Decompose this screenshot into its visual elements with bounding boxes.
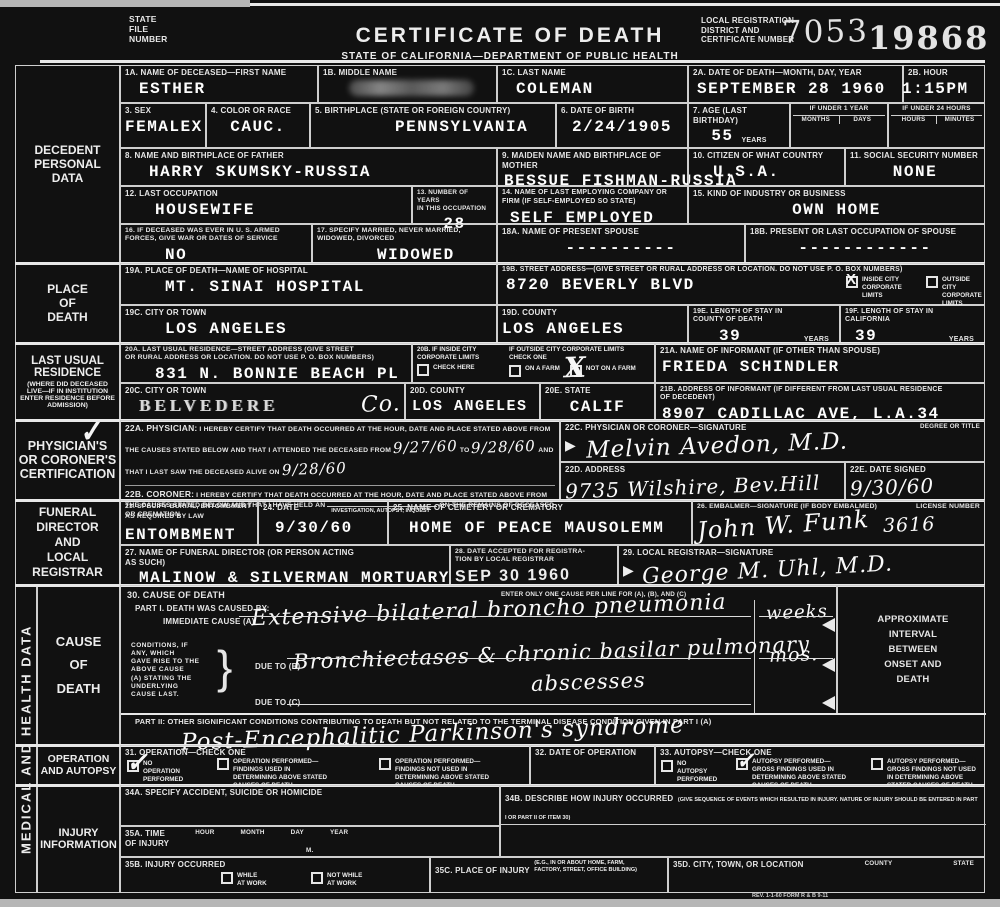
state-label: STATE <box>953 860 974 870</box>
field-21a-value: FRIEDA SCHINDLER <box>660 358 980 376</box>
registration-district-number: 7053 <box>782 13 870 51</box>
field-26-embalmer: 26. EMBALMER—SIGNATURE (IF BODY EMBALMED… <box>692 500 985 545</box>
field-19a-value: MT. SINAI HOSPITAL <box>125 278 492 296</box>
field-34b-how-injury-occurred: 34B. DESCRIBE HOW INJURY OCCURRED (GIVE … <box>500 785 985 857</box>
field-2b-value: 1:15PM <box>902 80 980 98</box>
month-label: MONTH <box>241 829 265 848</box>
not-while-at-work-group: NOT WHILE AT WORK <box>311 872 362 888</box>
field-20d-value: LOS ANGELES <box>410 398 535 415</box>
field-19b-street-address: 19B. STREET ADDRESS—(GIVE STREET OR RURA… <box>497 263 985 305</box>
field-28-date-accepted: 28. DATE ACCEPTED FOR REGISTRA- TION BY … <box>450 545 618 585</box>
field-1a-label: 1A. NAME OF DECEASED—FIRST NAME <box>125 68 313 78</box>
field-13-years-occupation: 13. NUMBER OF YEARS IN THIS OCCUPATION 2… <box>412 186 497 224</box>
field-2a-value: SEPTEMBER 28 1960 <box>693 80 898 98</box>
no-autopsy-checkbox <box>661 760 673 772</box>
handwritten-co: Co. <box>361 391 402 417</box>
field-21a-label: 21A. NAME OF INFORMANT (IF OTHER THAN SP… <box>660 346 980 356</box>
while-at-work-group: WHILE AT WORK <box>221 872 267 888</box>
field-35c-place-of-injury: 35C. PLACE OF INJURY (E.G., IN OR ABOUT … <box>430 857 668 893</box>
months-label: MONTHS <box>793 116 840 124</box>
year-label: YEAR <box>330 829 348 848</box>
cause-a-interval-line <box>759 616 833 617</box>
state-file-number-label: STATE FILE NUMBER <box>125 12 205 47</box>
field-30-cause-of-death: 30. CAUSE OF DEATH ENTER ONLY ONE CAUSE … <box>120 585 985 745</box>
field-34a-label: 34A. SPECIFY ACCIDENT, SUICIDE OR HOMICI… <box>125 788 495 798</box>
field-8-father: 8. NAME AND BIRTHPLACE OF FATHER HARRY S… <box>120 148 497 186</box>
embalmer-signature: John W. Funk <box>696 506 870 546</box>
field-31-operation: 31. OPERATION—CHECK ONE ✓ NO OPERATION P… <box>120 745 530 785</box>
field-19d-county: 19D. COUNTY LOS ANGELES <box>497 305 688 343</box>
sidebar-injury-information: INJURY INFORMATION <box>37 785 120 893</box>
on-a-farm-group: ON A FARM <box>509 365 560 377</box>
cause-a-interval: weeks <box>766 601 829 624</box>
field-19e-stay-county: 19E. LENGTH OF STAY IN COUNTY OF DEATH 3… <box>688 305 840 343</box>
field-11-ssn: 11. SOCIAL SECURITY NUMBER NONE <box>845 148 985 186</box>
field-19b-value: 8720 BEVERLY BLVD <box>502 276 980 294</box>
field-10-citizen: 10. CITIZEN OF WHAT COUNTRY U.S.A. <box>688 148 845 186</box>
field-21b-informant-address: 21B. ADDRESS OF INFORMANT (IF DIFFERENT … <box>655 383 985 420</box>
field-5-birthplace: 5. BIRTHPLACE (STATE OR FOREIGN COUNTRY)… <box>310 103 556 148</box>
on-a-farm-label: ON A FARM <box>525 365 560 373</box>
inside-city-checkbox-group: X INSIDE CITY CORPORATE LIMITS <box>846 276 902 300</box>
check-mark-icon: ✓ <box>125 748 149 779</box>
field-if-under-24-hours: IF UNDER 24 HOURS HOURS MINUTES <box>888 103 985 148</box>
to-label: TO <box>460 447 470 454</box>
part1-label: PART I. DEATH WAS CAUSED BY: <box>135 604 270 614</box>
field-17-label: 17. SPECIFY MARRIED, NEVER MARRIED, WIDO… <box>317 227 492 244</box>
field-34a-accident-type: 34A. SPECIFY ACCIDENT, SUICIDE OR HOMICI… <box>120 785 500 826</box>
field-35b-label: 35B. INJURY OCCURRED <box>125 860 425 870</box>
not-on-a-farm-label: NOT ON A FARM <box>586 365 636 373</box>
field-12-value: HOUSEWIFE <box>125 201 407 219</box>
field-19f-stay-california: 19F. LENGTH OF STAY IN CALIFORNIA 39 YEA… <box>840 305 985 343</box>
inside-city-checkbox: X <box>846 276 858 288</box>
cause-a-handwriting: Extensive bilateral broncho pneumonia <box>251 590 727 632</box>
under-1-year-label: IF UNDER 1 YEAR <box>793 105 885 113</box>
form-revision-footer: REV. 1-1-60 FORM R & B 9-11 <box>752 893 828 900</box>
sidebar-last-usual-residence: LAST USUAL RESIDENCE (WHERE DID DECEASED… <box>15 343 120 420</box>
field-20d-label: 20D. COUNTY <box>410 386 535 396</box>
cause-b-interval-line <box>759 658 833 659</box>
check-here-checkbox <box>417 364 429 376</box>
field-1b-middle-name: 1B. MIDDLE NAME <box>318 65 497 103</box>
brace-icon: } <box>217 640 232 694</box>
field-24-label: 24. DATE <box>263 503 383 513</box>
field-19f-label: 19F. LENGTH OF STAY IN CALIFORNIA <box>845 308 980 325</box>
field-7-label: 7. AGE (LAST BIRTHDAY) <box>693 106 785 125</box>
field-23-label: 23. SPECIFY BURIAL, ENTOMBMENT OR CREMAT… <box>125 503 253 520</box>
field-10-value: U.S.A. <box>693 163 840 181</box>
field-2a-date-of-death: 2A. DATE OF DEATH—MONTH, DAY, YEAR SEPTE… <box>688 65 903 103</box>
cause-c-line <box>287 704 751 705</box>
field-6-label: 6. DATE OF BIRTH <box>561 106 683 116</box>
field-19d-label: 19D. COUNTY <box>502 308 683 318</box>
residence-title: LAST USUAL RESIDENCE <box>20 355 115 379</box>
title-text: CERTIFICATE OF DEATH <box>324 24 696 48</box>
autopsy-findings-used-checkbox: ✓ <box>736 758 748 770</box>
field-4-color-or-race: 4. COLOR OR RACE CAUC. <box>206 103 310 148</box>
field-4-label: 4. COLOR OR RACE <box>211 106 305 116</box>
field-11-value: NONE <box>850 163 980 181</box>
field-11-label: 11. SOCIAL SECURITY NUMBER <box>850 151 980 161</box>
field-3-value: FEMALEX <box>125 118 201 136</box>
physician-signature: Melvin Avedon, M.D. <box>585 428 848 463</box>
sidebar-place-of-death: PLACE OF DEATH <box>15 263 120 343</box>
field-25-value: HOME OF PEACE MAUSOLEMM <box>393 519 687 537</box>
field-35a-label: 35A. TIME OF INJURY <box>125 829 169 848</box>
field-20e-label: 20E. STATE <box>545 386 650 396</box>
field-22c-label: 22C. PHYSICIAN OR CORONER—SIGNATURE <box>565 423 747 433</box>
date-signed-handwriting: 9/30/60 <box>850 473 935 500</box>
operation-findings-not-used-checkbox <box>379 758 391 770</box>
field-18a-label: 18A. NAME OF PRESENT SPOUSE <box>502 227 740 237</box>
field-9-label: 9. MAIDEN NAME AND BIRTHPLACE OF MOTHER <box>502 151 683 170</box>
not-on-a-farm-checkbox: X <box>570 365 582 377</box>
not-while-at-work-label: NOT WHILE AT WORK <box>327 872 362 888</box>
county-label: COUNTY <box>865 860 893 870</box>
field-19b-label: 19B. STREET ADDRESS—(GIVE STREET OR RURA… <box>502 266 980 274</box>
field-1b-label: 1B. MIDDLE NAME <box>323 68 492 78</box>
field-19a-label: 19A. PLACE OF DEATH—NAME OF HOSPITAL <box>125 266 492 276</box>
field-35d-city-town-location: 35D. CITY, TOWN, OR LOCATION COUNTY STAT… <box>668 857 985 893</box>
autopsy-findings-not-used-checkbox <box>871 758 883 770</box>
field-21a-informant: 21A. NAME OF INFORMANT (IF OTHER THAN SP… <box>655 343 985 383</box>
field-3-label: 3. SEX <box>125 106 201 116</box>
field-22e-date-signed: 22E. DATE SIGNED 9/30/60 <box>845 462 985 500</box>
field-8-label: 8. NAME AND BIRTHPLACE OF FATHER <box>125 151 492 161</box>
field-35c-sublabel: (E.G., IN OR ABOUT HOME, FARM, FACTORY, … <box>534 860 637 874</box>
field-3-sex: 3. SEX FEMALEX <box>120 103 206 148</box>
field-33-label: 33. AUTOPSY—CHECK ONE <box>660 748 980 758</box>
field-27-funeral-director: 27. NAME OF FUNERAL DIRECTOR (OR PERSON … <box>120 545 450 585</box>
field-18b-spouse-occupation: 18B. PRESENT OR LAST OCCUPATION OF SPOUS… <box>745 224 985 263</box>
while-at-work-checkbox <box>221 872 233 884</box>
outside-city-checkbox-group: OUTSIDE CITY CORPORATE LIMITS <box>926 276 984 307</box>
check-here-group: CHECK HERE <box>417 364 503 376</box>
under-24-hours-label: IF UNDER 24 HOURS <box>891 105 982 113</box>
field-18b-value: ------------ <box>750 239 980 257</box>
approximate-interval-label: APPROXIMATE INTERVAL BETWEEN ONSET AND D… <box>877 612 948 688</box>
field-14-employer: 14. NAME OF LAST EMPLOYING COMPANY OR FI… <box>497 186 688 224</box>
operation-findings-used-checkbox <box>217 758 229 770</box>
interval-pointer-icon <box>822 658 835 672</box>
x-mark-icon: X <box>563 350 587 384</box>
field-15-industry: 15. KIND OF INDUSTRY OR BUSINESS OWN HOM… <box>688 186 985 224</box>
field-35d-label: 35D. CITY, TOWN, OR LOCATION <box>673 860 804 870</box>
field-34b-label: 34B. DESCRIBE HOW INJURY OCCURRED <box>505 794 673 803</box>
field-32-label: 32. DATE OF OPERATION <box>535 748 650 758</box>
approximate-interval-column: APPROXIMATE INTERVAL BETWEEN ONSET AND D… <box>836 586 988 713</box>
interval-pointer-icon <box>822 696 835 710</box>
certificate-number: 19868 <box>868 19 989 57</box>
field-5-value: PENNSYLVANIA <box>315 118 551 136</box>
field-25-label: 25. NAME OF CEMETERY OR CREMATORY <box>393 503 687 513</box>
field-2b-label: 2B. HOUR <box>908 68 980 78</box>
field-22ab-certification: 22A. PHYSICIAN: I HEREBY CERTIFY THAT DE… <box>120 420 560 500</box>
last-seen-alive-date: 9/28/60 <box>281 457 347 482</box>
field-24-value: 9/30/60 <box>263 519 383 537</box>
field-33-autopsy: 33. AUTOPSY—CHECK ONE NO AUTOPSY PERFORM… <box>655 745 985 785</box>
field-8-value: HARRY SKUMSKY-RUSSIA <box>125 163 492 181</box>
field-19a-place-of-death: 19A. PLACE OF DEATH—NAME OF HOSPITAL MT.… <box>120 263 497 305</box>
field-22b-label: 22B. CORONER: <box>125 489 194 499</box>
field-19c-city: 19C. CITY OR TOWN LOS ANGELES <box>120 305 497 343</box>
while-at-work-label: WHILE AT WORK <box>237 872 267 888</box>
death-certificate-scan: STATE FILE NUMBER CERTIFICATE OF DEATH S… <box>0 0 1000 907</box>
field-9-mother: 9. MAIDEN NAME AND BIRTHPLACE OF MOTHER … <box>497 148 688 186</box>
field-35c-label: 35C. PLACE OF INJURY <box>435 866 530 875</box>
field-1c-label: 1C. LAST NAME <box>502 68 683 78</box>
sidebar-operation-autopsy: OPERATION AND AUTOPSY <box>37 745 120 785</box>
field-20c-city: 20C. CITY OR TOWN BELVEDERE Co. <box>120 383 405 420</box>
field-if-under-1-year: IF UNDER 1 YEAR MONTHS DAYS <box>790 103 888 148</box>
cause-b-interval: mos. <box>769 643 819 667</box>
field-20d-county: 20D. COUNTY LOS ANGELES <box>405 383 540 420</box>
field-20b-corporate-limits: 20B. IF INSIDE CITY CORPORATE LIMITS CHE… <box>412 343 655 383</box>
field-7-unit: YEARS <box>742 137 767 145</box>
check-here-label: CHECK HERE <box>433 364 475 372</box>
field-22e-label: 22E. DATE SIGNED <box>850 465 980 475</box>
field-2b-hour: 2B. HOUR 1:15PM <box>903 65 985 103</box>
no-operation-group: ✓ NO OPERATION PERFORMED <box>127 760 183 784</box>
field-20a-value: 831 N. BONNIE BEACH PL <box>125 365 407 383</box>
field-20e-value: CALIF <box>545 398 650 416</box>
due-to-c-label: DUE TO (C) <box>255 698 300 708</box>
field-22c-signature: 22C. PHYSICIAN OR CORONER—SIGNATURE DEGR… <box>560 420 985 462</box>
field-15-value: OWN HOME <box>693 201 980 219</box>
middle-name-illegible-smudge <box>349 80 474 96</box>
field-1c-last-name: 1C. LAST NAME COLEMAN <box>497 65 688 103</box>
field-6-date-of-birth: 6. DATE OF BIRTH 2/24/1905 <box>556 103 688 148</box>
photo-edge-top-left <box>0 0 250 7</box>
field-21b-label: 21B. ADDRESS OF INFORMANT (IF DIFFERENT … <box>660 386 980 403</box>
field-22a-label: 22A. PHYSICIAN: <box>125 423 197 433</box>
field-13-label: 13. NUMBER OF YEARS IN THIS OCCUPATION <box>417 189 492 213</box>
field-17-marital-status: 17. SPECIFY MARRIED, NEVER MARRIED, WIDO… <box>312 224 497 263</box>
field-7-value: 55 <box>711 127 733 145</box>
conditions-label: CONDITIONS, IF ANY, WHICH GAVE RISE TO T… <box>131 642 219 699</box>
attended-from-date: 9/27/60 <box>393 434 459 459</box>
not-on-a-farm-group: X NOT ON A FARM <box>570 365 636 377</box>
field-20c-label: 20C. CITY OR TOWN <box>125 386 400 396</box>
field-23-burial-type: 23. SPECIFY BURIAL, ENTOMBMENT OR CREMAT… <box>120 500 258 545</box>
field-1a-first-name: 1A. NAME OF DECEASED—FIRST NAME ESTHER <box>120 65 318 103</box>
degree-or-title-label: DEGREE OR TITLE <box>920 423 980 433</box>
days-label: DAYS <box>840 116 886 124</box>
field-23-value: ENTOMBMENT <box>125 526 253 544</box>
belvedere-stamp: BELVEDERE <box>125 396 400 416</box>
field-4-value: CAUC. <box>211 118 305 136</box>
meridiem-label: M. <box>306 847 313 855</box>
field-20b-inside-label: 20B. IF INSIDE CITY CORPORATE LIMITS <box>417 346 503 362</box>
field-18a-value: ---------- <box>502 239 740 257</box>
sidebar-decedent-personal-data: DECEDENT PERSONAL DATA <box>15 65 120 263</box>
field-28-label: 28. DATE ACCEPTED FOR REGISTRA- TION BY … <box>455 548 613 565</box>
field-32-date-of-operation: 32. DATE OF OPERATION <box>530 745 655 785</box>
no-operation-checkbox: ✓ <box>127 760 139 772</box>
inside-city-label: INSIDE CITY CORPORATE LIMITS <box>862 276 902 300</box>
outside-city-checkbox <box>926 276 938 288</box>
hours-label: HOURS <box>891 116 937 124</box>
field-5-label: 5. BIRTHPLACE (STATE OR FOREIGN COUNTRY) <box>315 106 551 116</box>
no-autopsy-group: NO AUTOPSY PERFORMED <box>661 760 717 784</box>
field-14-label: 14. NAME OF LAST EMPLOYING COMPANY OR FI… <box>502 189 683 207</box>
field-25-cemetery: 25. NAME OF CEMETERY OR CREMATORY HOME O… <box>388 500 692 545</box>
arrow-right-icon: ▶ <box>623 562 634 579</box>
cause-b2-handwriting: abscesses <box>531 668 646 696</box>
check-mark-icon: ✓ <box>736 748 756 775</box>
field-18a-spouse-name: 18A. NAME OF PRESENT SPOUSE ---------- <box>497 224 745 263</box>
field-1c-value: COLEMAN <box>502 80 683 98</box>
arrow-right-icon: ▶ <box>565 437 576 454</box>
sidebar-funeral-director: FUNERAL DIRECTOR AND LOCAL REGISTRAR <box>15 500 120 585</box>
field-2a-label: 2A. DATE OF DEATH—MONTH, DAY, YEAR <box>693 68 898 78</box>
license-number-value: 3616 <box>883 514 936 538</box>
field-16-armed-forces: 16. IF DECEASED WAS EVER IN U. S. ARMED … <box>120 224 312 263</box>
immediate-cause-label: IMMEDIATE CAUSE (A) <box>163 617 255 627</box>
minutes-label: MINUTES <box>937 116 982 124</box>
sidebar-medical-health-data: MEDICAL AND HEALTH DATA <box>15 585 37 893</box>
cause-title: 30. CAUSE OF DEATH <box>127 590 225 601</box>
photo-edge-top-line <box>250 3 1000 6</box>
part2-divider <box>121 713 986 715</box>
certificate-title: CERTIFICATE OF DEATH STATE OF CALIFORNIA… <box>320 22 700 64</box>
cause-a-line <box>239 616 751 617</box>
field-24-date: 24. DATE 9/30/60 <box>258 500 388 545</box>
residence-subtitle: (WHERE DID DECEASED LIVE—IF IN INSTITUTI… <box>20 381 115 409</box>
no-autopsy-label: NO AUTOPSY PERFORMED <box>677 760 717 784</box>
field-18b-label: 18B. PRESENT OR LAST OCCUPATION OF SPOUS… <box>750 227 980 237</box>
attended-to-date: 9/28/60 <box>471 434 537 459</box>
field-19c-label: 19C. CITY OR TOWN <box>125 308 492 318</box>
field-29-local-registrar: 29. LOCAL REGISTRAR—SIGNATURE ▶ George M… <box>618 545 985 585</box>
field-20a-residence-address: 20A. LAST USUAL RESIDENCE—STREET ADDRESS… <box>120 343 412 383</box>
field-19e-label: 19E. LENGTH OF STAY IN COUNTY OF DEATH <box>693 308 835 325</box>
field-22d-address: 22D. ADDRESS 9735 Wilshire, Bev.Hill <box>560 462 845 500</box>
field-7-age: 7. AGE (LAST BIRTHDAY) 55 YEARS <box>688 103 790 148</box>
sidebar-cause-of-death: CAUSE OF DEATH <box>37 585 120 745</box>
field-31-label: 31. OPERATION—CHECK ONE <box>125 748 525 758</box>
field-15-label: 15. KIND OF INDUSTRY OR BUSINESS <box>693 189 980 199</box>
field-19c-value: LOS ANGELES <box>125 320 492 338</box>
x-mark-icon: X <box>846 271 856 288</box>
license-number-label: LICENSE NUMBER <box>916 503 980 511</box>
writing-line <box>501 824 986 825</box>
field-16-label: 16. IF DECEASED WAS EVER IN U. S. ARMED … <box>125 227 307 244</box>
field-35b-injury-occurred: 35B. INJURY OCCURRED WHILE AT WORK NOT W… <box>120 857 430 893</box>
not-while-at-work-checkbox <box>311 872 323 884</box>
on-a-farm-checkbox <box>509 365 521 377</box>
field-35a-time-of-injury: 35A. TIME OF INJURY HOUR MONTH DAY YEAR … <box>120 826 500 857</box>
cause-b-line <box>287 658 751 659</box>
field-12-label: 12. LAST OCCUPATION <box>125 189 407 199</box>
field-1a-value: ESTHER <box>125 80 313 98</box>
cause-b-handwriting: Bronchiectases & chronic basilar pulmona… <box>293 632 811 674</box>
day-label: DAY <box>291 829 304 848</box>
field-20e-state: 20E. STATE CALIF <box>540 383 655 420</box>
field-10-label: 10. CITIZEN OF WHAT COUNTRY <box>693 151 840 161</box>
field-12-last-occupation: 12. LAST OCCUPATION HOUSEWIFE <box>120 186 412 224</box>
outside-city-label: OUTSIDE CITY CORPORATE LIMITS <box>942 276 984 307</box>
header-rule <box>40 60 985 63</box>
field-19d-value: LOS ANGELES <box>502 320 683 338</box>
field-6-value: 2/24/1905 <box>561 118 683 136</box>
field-20a-label: 20A. LAST USUAL RESIDENCE—STREET ADDRESS… <box>125 346 407 363</box>
hour-label: HOUR <box>195 829 214 848</box>
photo-edge-bottom <box>0 899 1000 907</box>
field-27-label: 27. NAME OF FUNERAL DIRECTOR (OR PERSON … <box>125 548 445 567</box>
